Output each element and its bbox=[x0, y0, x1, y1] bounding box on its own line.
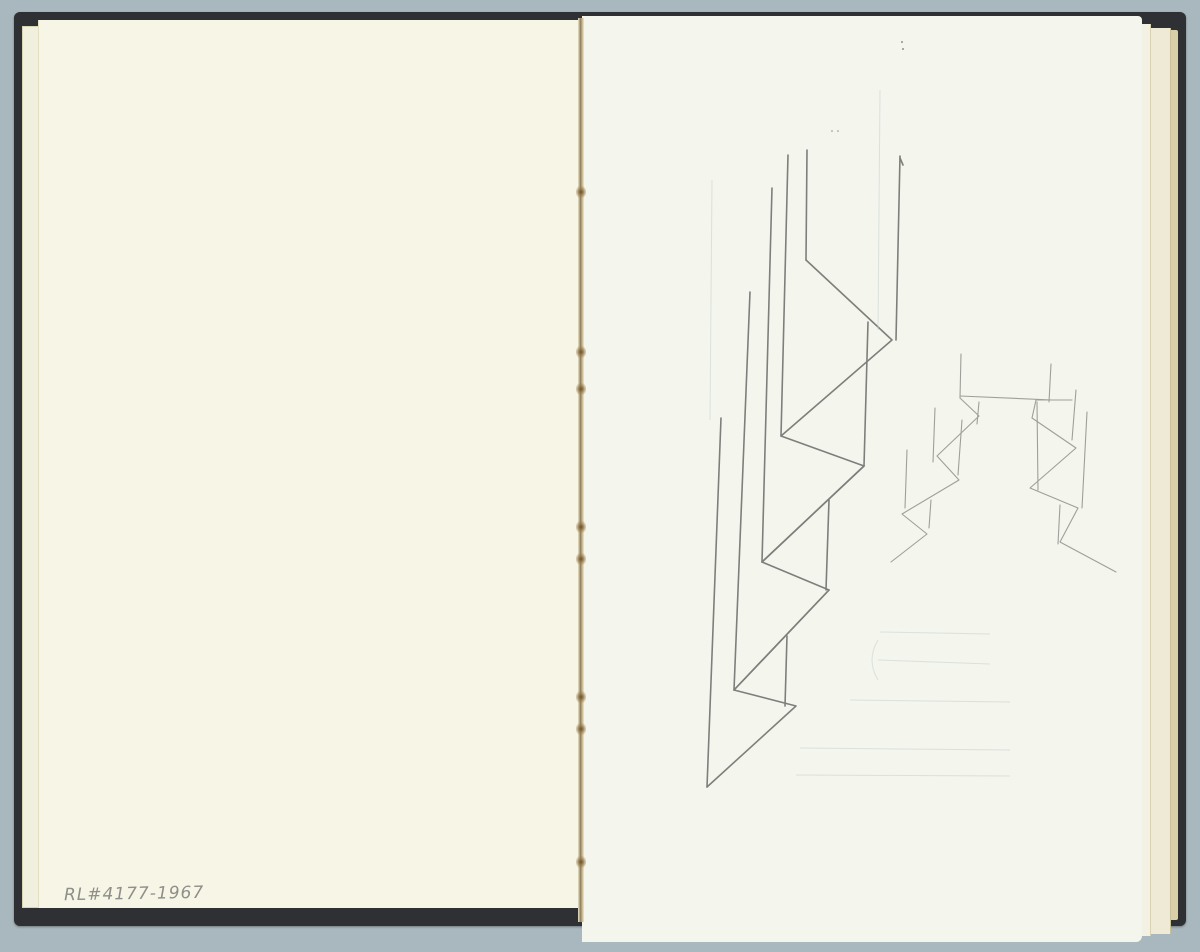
pencil-drawing bbox=[0, 0, 1200, 952]
